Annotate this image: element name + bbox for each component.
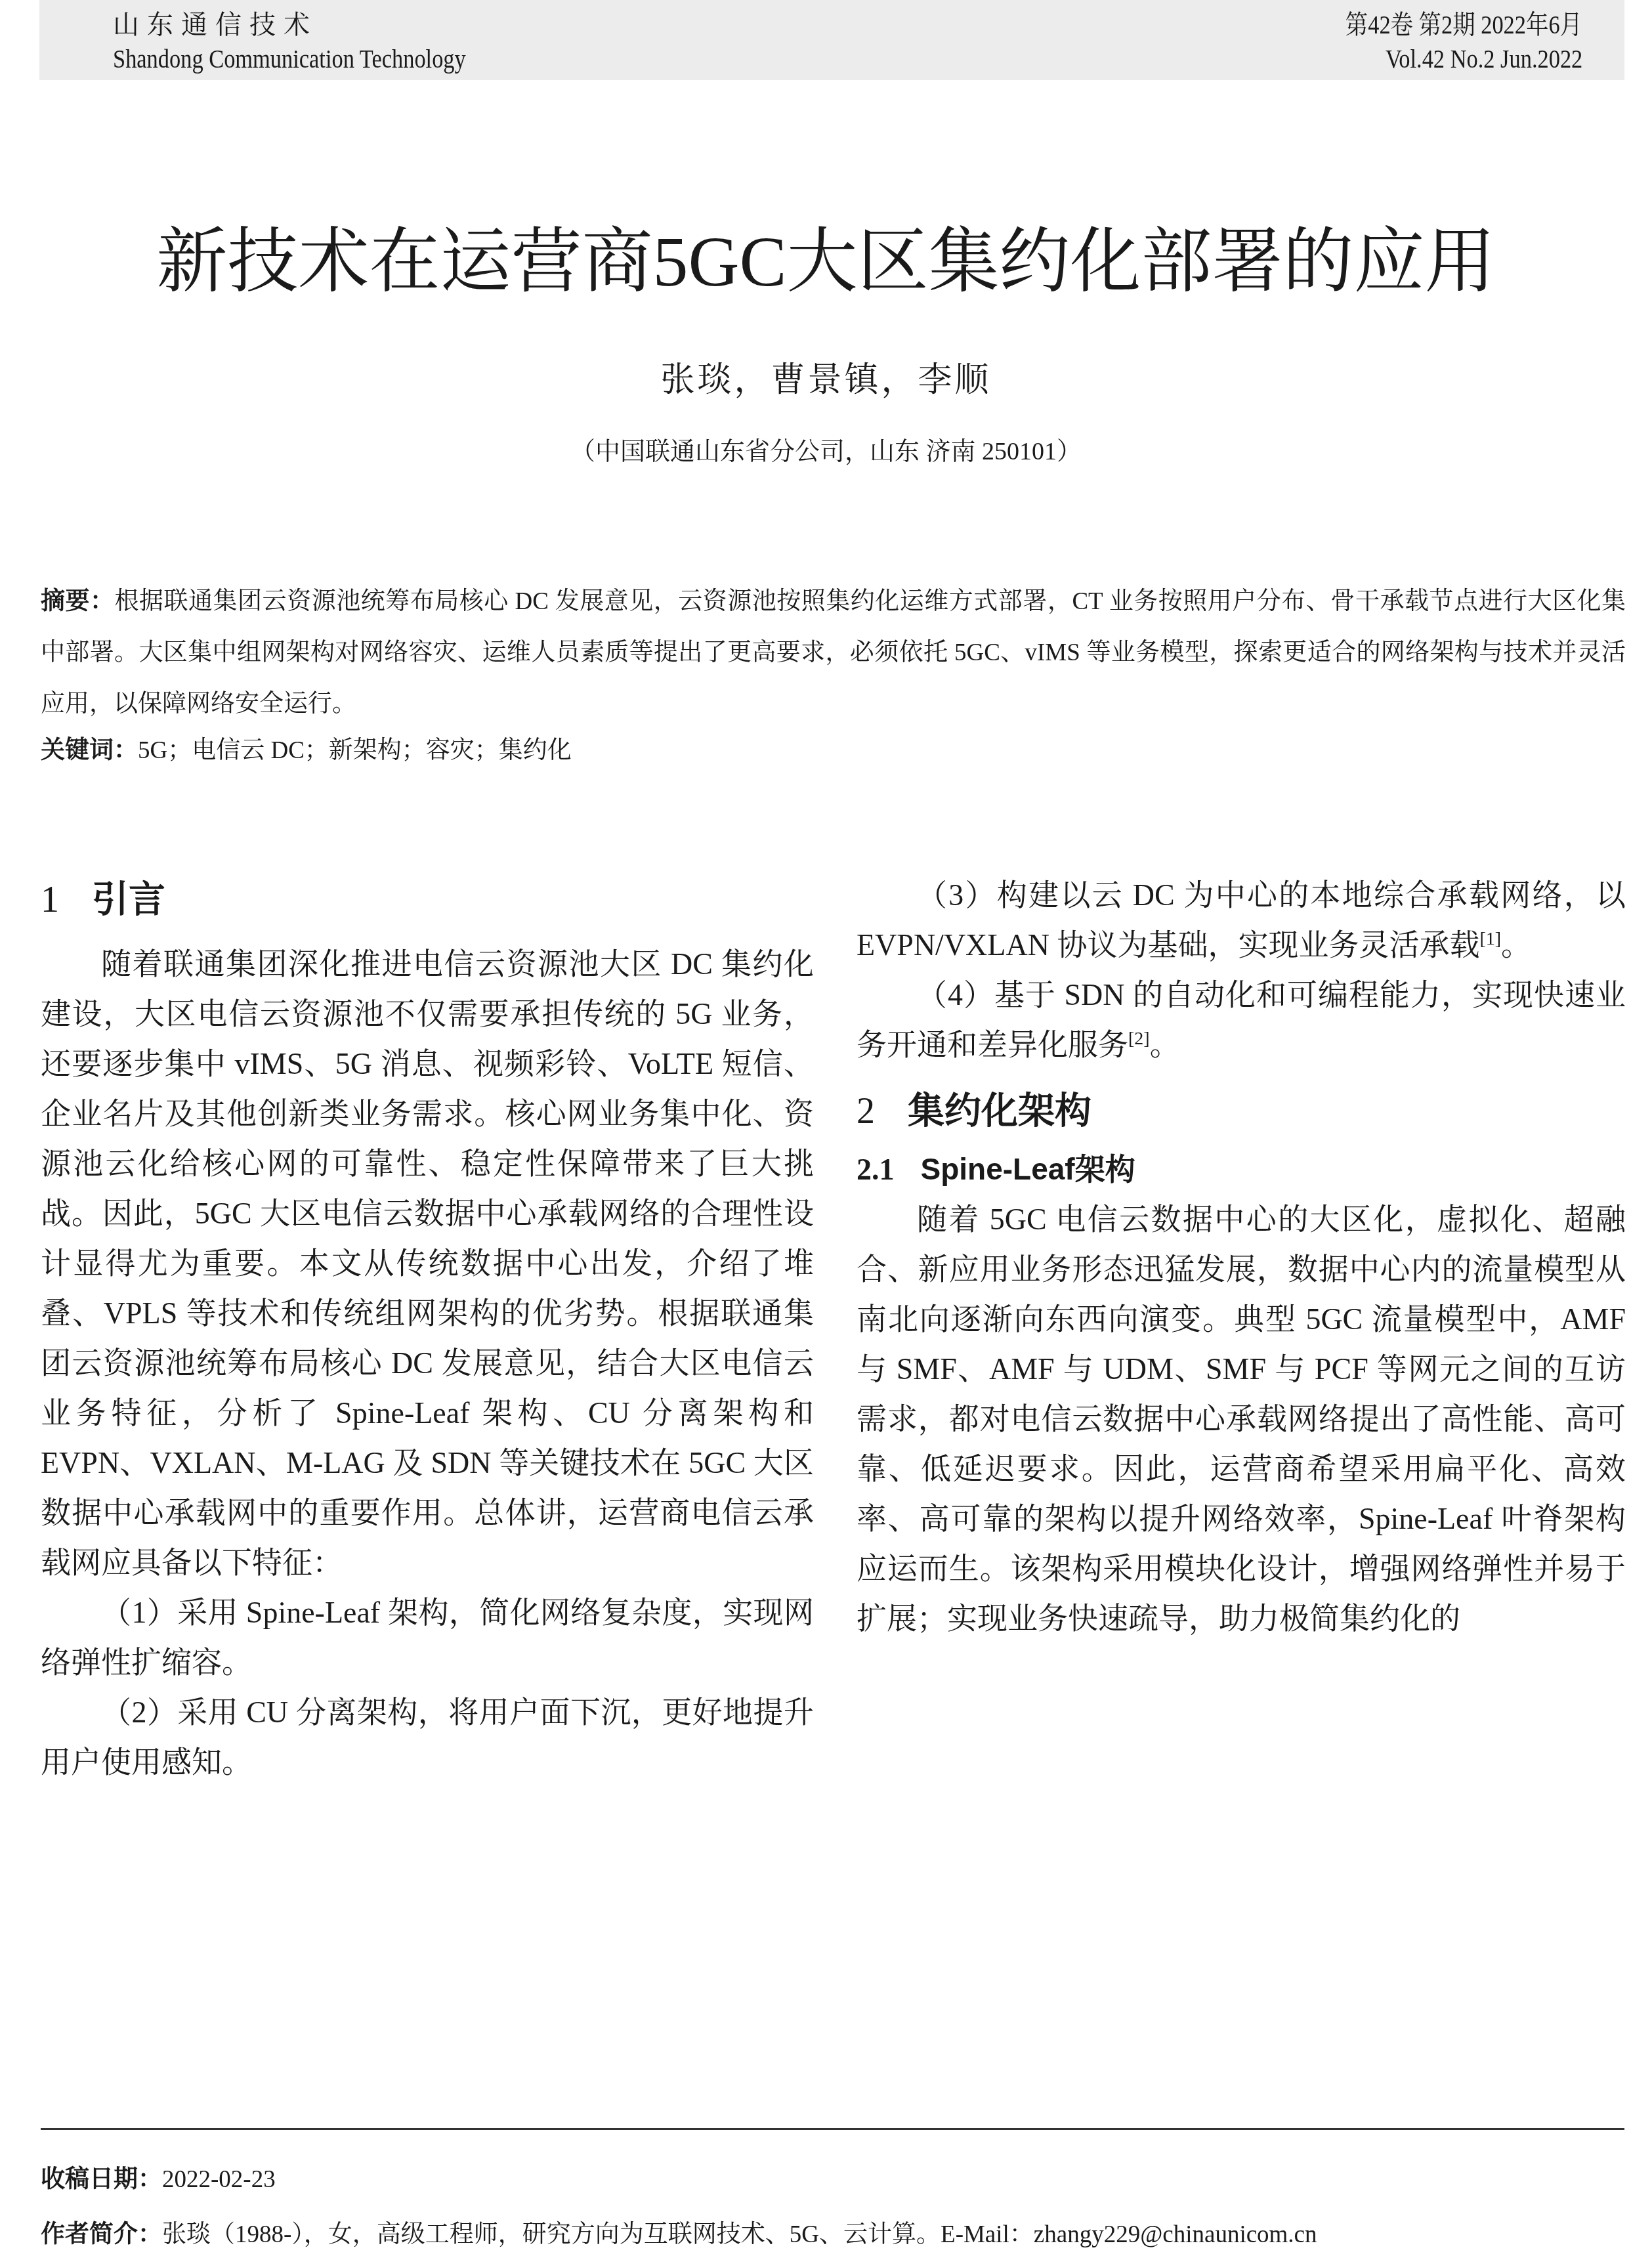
- bio-label: 作者简介：: [41, 2221, 162, 2247]
- feature-item-4: （4）基于 SDN 的自动化和可编程能力，实现快速业务开通和差异化服务[2]。: [857, 970, 1626, 1070]
- feature-item-3: （3）构建以云 DC 为中心的本地综合承载网络，以 EVPN/VXLAN 协议为…: [857, 870, 1626, 970]
- journal-name-cn: 山东通信技术: [113, 9, 318, 41]
- keywords: 关键词：5G；电信云 DC；新架构；容灾；集约化: [41, 731, 1626, 771]
- received-date: 收稿日期：2022-02-23: [41, 2163, 276, 2196]
- left-column: 1引言 随着联通集团深化推进电信云资源池大区 DC 集约化建设，大区电信云资源池…: [41, 873, 814, 1787]
- feature-item-1: （1）采用 Spine-Leaf 架构，简化网络复杂度，实现网络弹性扩缩容。: [41, 1588, 814, 1688]
- subsection-number: 2.1: [857, 1153, 895, 1186]
- section-2-heading: 2集约化架构: [857, 1084, 1626, 1138]
- bio-text: 张琰（1988-），女，高级工程师，研究方向为互联网技术、5G、云计算。E-Ma…: [162, 2221, 1317, 2248]
- citation-2[interactable]: [2]: [1128, 1029, 1150, 1049]
- journal-name-en: Shandong Communication Technology: [113, 43, 466, 75]
- abstract: 摘要：根据联通集团云资源池统筹布局核心 DC 发展意见，云资源池按照集约化运维方…: [41, 576, 1626, 730]
- issue-info-cn: 第42卷 第2期 2022年6月: [1345, 9, 1582, 41]
- section-title: 引言: [92, 878, 165, 920]
- spine-leaf-paragraph: 随着 5GC 电信云数据中心的大区化，虚拟化、超融合、新应用业务形态迅猛发展，数…: [857, 1195, 1626, 1644]
- keywords-label: 关键词：: [41, 736, 138, 763]
- received-label: 收稿日期：: [41, 2165, 162, 2192]
- paper-authors: 张琰，曹景镇，李顺: [0, 360, 1652, 402]
- intro-paragraph: 随着联通集团深化推进电信云资源池大区 DC 集约化建设，大区电信云资源池不仅需要…: [41, 939, 814, 1588]
- received-value: 2022-02-23: [162, 2166, 276, 2193]
- right-column: （3）构建以云 DC 为中心的本地综合承载网络，以 EVPN/VXLAN 协议为…: [857, 870, 1626, 1644]
- section-1-heading: 1引言: [41, 873, 814, 926]
- abstract-label: 摘要：: [41, 587, 115, 614]
- citation-1[interactable]: [1]: [1479, 929, 1501, 949]
- author-bio: 作者简介：张琰（1988-），女，高级工程师，研究方向为互联网技术、5G、云计算…: [41, 2219, 1317, 2251]
- issue-info-en: Vol.42 No.2 Jun.2022: [1386, 43, 1582, 75]
- feature-item-2: （2）采用 CU 分离架构，将用户面下沉，更好地提升用户使用感知。: [41, 1688, 814, 1787]
- section-number: 2: [857, 1091, 875, 1132]
- abstract-text: 根据联通集团云资源池统筹布局核心 DC 发展意见，云资源池按照集约化运维方式部署…: [41, 588, 1626, 717]
- section-title: 集约化架构: [908, 1090, 1091, 1131]
- author-affiliation: （中国联通山东省分公司，山东 济南 250101）: [0, 436, 1652, 467]
- keywords-text: 5G；电信云 DC；新架构；容灾；集约化: [138, 737, 572, 764]
- paper-title: 新技术在运营商5GC大区集约化部署的应用: [0, 220, 1652, 305]
- subsection-2-1-heading: 2.1Spine-Leaf架构: [857, 1144, 1626, 1195]
- subsection-title: Spine-Leaf架构: [921, 1152, 1135, 1186]
- section-number: 1: [41, 880, 59, 920]
- footnote-divider: [41, 2128, 1624, 2130]
